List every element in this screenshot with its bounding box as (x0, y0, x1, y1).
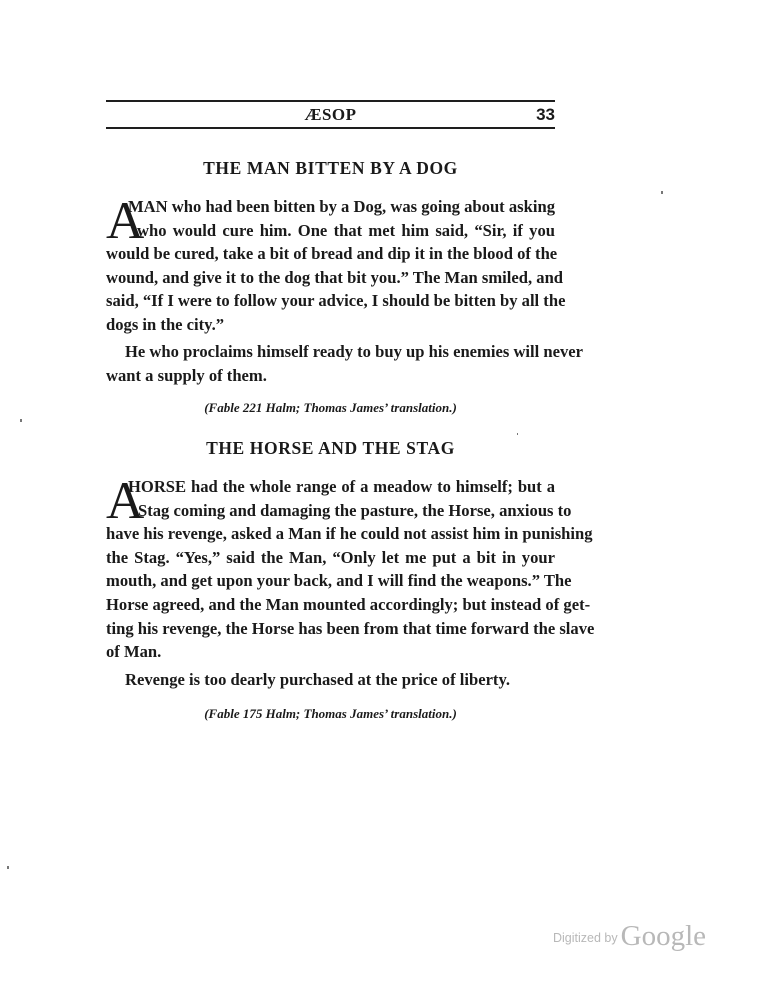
scan-speck (517, 433, 518, 435)
body-line: have his revenge, asked a Man if he coul… (106, 522, 555, 546)
fable-moral: Revenge is too dearly purchased at the p… (106, 668, 555, 692)
running-head-title: ÆSOP (106, 105, 555, 125)
running-head: ÆSOP 33 (106, 100, 555, 128)
scan-speck (20, 419, 22, 422)
moral-line: Revenge is too dearly purchased at the p… (106, 668, 555, 692)
moral-line: want a supply of them. (106, 364, 555, 388)
body-line: would be cured, take a bit of bread and … (106, 242, 555, 266)
fable-body: A MAN who had been bitten by a Dog, was … (106, 195, 555, 337)
moral-line: He who proclaims himself ready to buy up… (106, 340, 555, 364)
body-line: MAN who had been bitten by a Dog, was go… (106, 195, 555, 219)
fable-title: THE HORSE AND THE STAG (106, 438, 555, 459)
body-line: HORSE had the whole range of a meadow to… (106, 475, 555, 499)
book-page: ÆSOP 33 THE MAN BITTEN BY A DOG A MAN wh… (0, 0, 777, 1000)
body-line: of Man. (106, 640, 555, 664)
scan-speck (661, 191, 663, 194)
body-line: Stag coming and damaging the pasture, th… (106, 499, 555, 523)
fable-moral: He who proclaims himself ready to buy up… (106, 340, 555, 387)
fable-title: THE MAN BITTEN BY A DOG (106, 158, 555, 179)
scan-speck (7, 866, 9, 869)
body-line: Horse agreed, and the Man mounted accord… (106, 593, 555, 617)
fable-citation: (Fable 221 Halm; Thomas James’ translati… (106, 400, 555, 416)
body-line: dogs in the city.” (106, 313, 555, 337)
digitized-by-google-watermark: Digitized byGoogle (553, 920, 706, 953)
body-line: the Stag. “Yes,” said the Man, “Only let… (106, 546, 555, 570)
page-number: 33 (536, 105, 555, 125)
body-line: wound, and give it to the dog that bit y… (106, 266, 555, 290)
fable-body: A HORSE had the whole range of a meadow … (106, 475, 555, 664)
header-rule-bottom (106, 127, 555, 129)
header-rule-top (106, 100, 555, 102)
google-logo-text: Google (621, 920, 706, 952)
watermark-prefix: Digitized by (553, 931, 618, 945)
body-line: ting his revenge, the Horse has been fro… (106, 617, 555, 641)
body-line: said, “If I were to follow your advice, … (106, 289, 555, 313)
body-line: mouth, and get upon your back, and I wil… (106, 569, 555, 593)
fable-citation: (Fable 175 Halm; Thomas James’ translati… (106, 706, 555, 722)
body-line: who would cure him. One that met him sai… (106, 219, 555, 243)
drop-cap: A (106, 199, 144, 243)
drop-cap: A (106, 479, 144, 523)
